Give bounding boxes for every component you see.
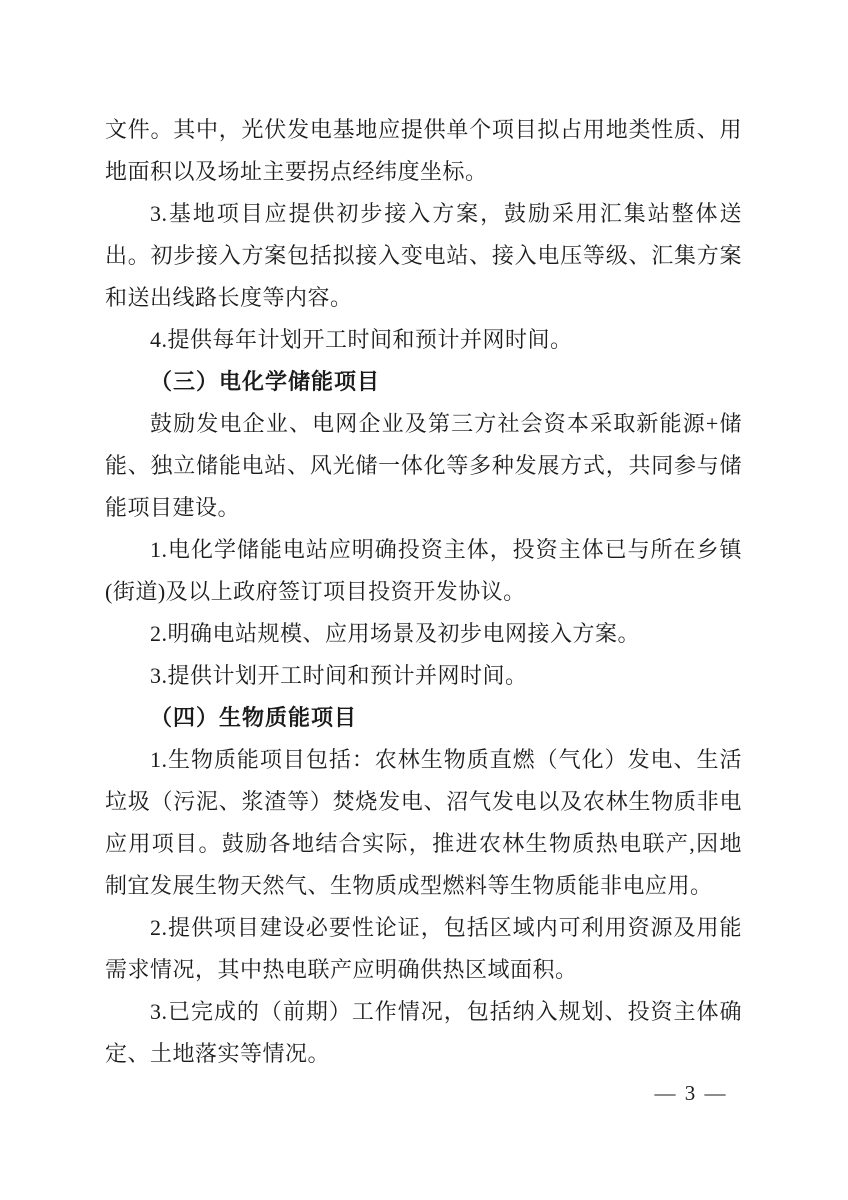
text-line: 需求情况，其中热电联产应明确供热区域面积。 [105,949,742,991]
text-line: 4.提供每年计划开工时间和预计并网时间。 [105,319,742,361]
text-line: 1.生物质能项目包括：农林生物质直燃（气化）发电、生活 [105,739,742,781]
page-number: — 3 — [600,1072,782,1114]
text-line: (街道)及以上政府签订项目投资开发协议。 [105,571,742,613]
section-heading: （四）生物质能项目 [105,697,742,739]
text-line: 应用项目。鼓励各地结合实际，推进农林生物质热电联产,因地 [105,823,742,865]
text-line: 能项目建设。 [105,487,742,529]
document-body: 文件。其中，光伏发电基地应提供单个项目拟占用地类性质、用 地面积以及场址主要拐点… [105,109,742,1075]
text-line: 地面积以及场址主要拐点经纬度坐标。 [105,151,742,193]
text-line: 1.电化学储能电站应明确投资主体，投资主体已与所在乡镇 [105,529,742,571]
text-line: 垃圾（污泥、浆渣等）焚烧发电、沼气发电以及农林生物质非电 [105,781,742,823]
document-page: 文件。其中，光伏发电基地应提供单个项目拟占用地类性质、用 地面积以及场址主要拐点… [0,0,848,1200]
text-line: 能、独立储能电站、风光储一体化等多种发展方式，共同参与储 [105,445,742,487]
text-line: 制宜发展生物天然气、生物质成型燃料等生物质能非电应用。 [105,865,742,907]
text-line: 2.提供项目建设必要性论证，包括区域内可利用资源及用能 [105,907,742,949]
text-line: 定、土地落实等情况。 [105,1033,742,1075]
text-line: 3.基地项目应提供初步接入方案，鼓励采用汇集站整体送 [105,193,742,235]
text-line: 鼓励发电企业、电网企业及第三方社会资本采取新能源+储 [105,403,742,445]
text-line: 3.提供计划开工时间和预计并网时间。 [105,655,742,697]
text-line: 和送出线路长度等内容。 [105,277,742,319]
text-line: 出。初步接入方案包括拟接入变电站、接入电压等级、汇集方案 [105,235,742,277]
text-line: 文件。其中，光伏发电基地应提供单个项目拟占用地类性质、用 [105,109,742,151]
text-line: 3.已完成的（前期）工作情况，包括纳入规划、投资主体确 [105,991,742,1033]
text-line: 2.明确电站规模、应用场景及初步电网接入方案。 [105,613,742,655]
section-heading: （三）电化学储能项目 [105,361,742,403]
